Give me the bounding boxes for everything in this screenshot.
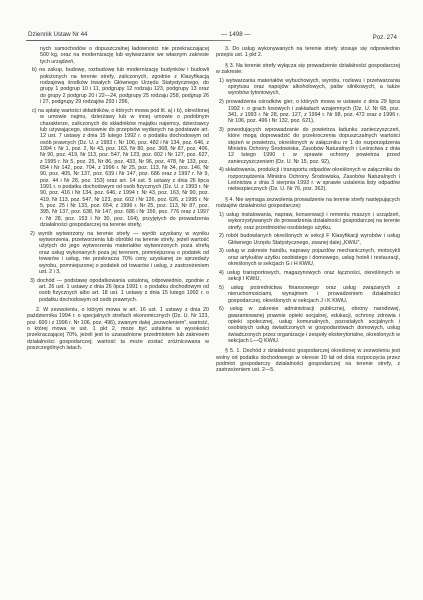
section-4-item: 6) usług w zakresie administracji public… [216, 306, 400, 344]
section-5: § 5. 1. Dochód z działalności gospodarcz… [216, 348, 400, 373]
paragraph-3: 3. Do usług wykonywanych na terenie stre… [216, 46, 400, 59]
paragraph-2: 2. W zezwoleniu, o którym mowa w art. 16… [27, 307, 209, 351]
section-4-item: 3) usług w zakresie handlu, naprawy poja… [216, 248, 400, 267]
page-number: — 1498 — [221, 31, 251, 38]
journal-title: Dziennik Ustaw Nr 44 [28, 31, 88, 38]
section-3-item: 2) prowadzenia ośrodków gier, o których … [216, 99, 400, 124]
position-number: Poz. 274 [373, 34, 397, 41]
section-4-item: 4) usług transportowych, magazynowych or… [216, 270, 400, 283]
section-4-item: 1) usług instalowania, napraw, konserwac… [216, 212, 400, 231]
section-4-intro: § 4. Nie wymaga zezwolenia prowadzenie n… [216, 197, 400, 210]
page-header: Dziennik Ustaw Nr 44 — 1498 — Poz. 274 [26, 28, 401, 40]
section-3-item: 4) składowania, produkcji i transportu o… [216, 167, 400, 192]
section-3-item: 1) wytwarzania materiałów wybuchowych, w… [216, 78, 400, 97]
section-3-item: 3) powodujących wprowadzanie do powietrz… [216, 127, 400, 165]
right-column: 3. Do usług wykonywanych na terenie stre… [216, 46, 400, 374]
list-item-b: b) na zakup, budowę, rozbudowę lub moder… [27, 67, 209, 105]
continuation-text: nych samochodów o dopuszczalnej ładownoś… [27, 46, 209, 65]
list-item-2: 2) wyrób wytworzony na terenie strefy — … [27, 231, 209, 275]
section-4-item: 5) usług pośrednictwa finansowego oraz u… [216, 285, 400, 304]
list-item-3: 3) dochód — podstawę opodatkowania ustal… [27, 278, 209, 303]
section-3-intro: § 3. Na terenie strefy wyłącza się prowa… [216, 63, 400, 76]
section-4-item: 2) robót budowlanych określonych w sekcj… [216, 233, 400, 246]
left-column: nych samochodów o dopuszczalnej ładownoś… [27, 46, 209, 351]
list-item-c: c) na spłatę wartości składników, o któr… [27, 108, 209, 229]
header-rule [26, 40, 231, 41]
